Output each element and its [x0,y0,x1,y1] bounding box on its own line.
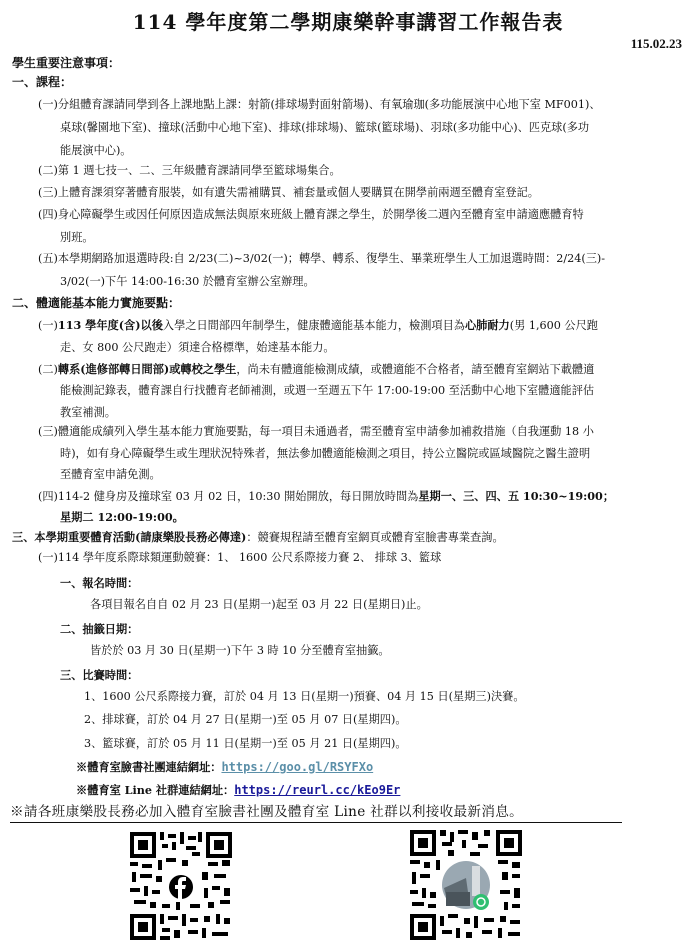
fitness-item-1-bold-cardio: 心肺耐力 [465,318,510,332]
fitness-item-3-line-2: 時)，如有身心障礙學生或生理狀況特殊者，無法參加體適能檢測之項目，持公立醫院或區… [60,447,590,461]
notice-heading: 學生重要注意事項： [12,56,120,70]
match-schedule-title: 三、比賽時間： [60,668,138,682]
document-date: 115.02.23 [631,36,682,52]
qr-code-pattern [128,830,234,942]
facebook-link-label: ※體育室臉書社團連結網址： [76,760,221,774]
fitness-item-1-text-2: (男 1,600 公尺跑 [510,319,598,332]
draw-title: 二、抽籤日期： [60,622,138,636]
line-link-label: ※體育室 Line 社群連結網址： [76,783,234,797]
fitness-item-1-prefix: (一) [38,319,58,332]
section-fitness-title: 二、體適能基本能力實施要點： [12,296,180,310]
section-courses-title: 一、課程： [12,75,72,89]
fitness-item-1-line-2: 走、女 800 公尺跑走）須達合格標準，始達基本能力。 [60,341,335,355]
competition-item: (一)114 學年度系際球類運動競賽：1、 1600 公尺系際接力賽 2、 排球… [38,551,441,565]
section-activities-title: 三、本學期重要體育活動(請康樂股長務必傳達)：競賽規程請至體育室網頁或體育室臉書… [12,530,504,545]
match-basketball: 3、籃球賽，訂於 05 月 11 日(星期一)至 05 月 21 日(星期四)。 [84,737,407,751]
course-item-4-line-2: 別班。 [60,231,94,245]
course-item-2: (二)第 1 週七技一、二、三年級體育課請同學至籃球場集合。 [38,164,341,178]
match-relay: 1、1600 公尺系際接力賽，訂於 04 月 13 日(星期一)預賽、04 月 … [84,690,525,704]
fitness-item-3-line-1: (三)體適能成績列入學生基本能力實施要點，每一項目未通過者，需至體育室申請參加補… [38,425,594,439]
course-item-3: (三)上體育課須穿著體育服裝，如有遺失需補購買、補套量或個人要購買在開學前兩週至… [38,186,539,200]
fitness-item-1-text: 入學之日間部四年制學生，健康體適能基本能力，檢測項目為 [163,319,465,332]
match-volleyball: 2、排球賽，訂於 04 月 27 日(星期一)至 05 月 07 日(星期四)。 [84,713,407,727]
fitness-item-2-prefix: (二) [38,363,58,376]
course-item-1-line-1: (一)分組體育課請同學到各上課地點上課：射箭(排球場對面射箭場)、有氧瑜珈(多功… [38,98,601,112]
registration-title: 一、報名時間： [60,576,138,590]
fitness-item-1-line-1: (一)113 學年度(含)以後入學之日間部四年制學生，健康體適能基本能力，檢測項… [38,318,598,333]
facebook-group-link[interactable]: https://goo.gl/RSYFXo [221,760,373,774]
section-activities-title-bold: 三、本學期重要體育活動(請康樂股長務必傳達) [12,530,246,544]
line-community-qr[interactable] [408,828,524,942]
course-item-1-line-3: 能展演中心)。 [60,144,132,158]
fitness-item-1-bold-cohort: 113 學年度(含)以後 [58,318,163,332]
gym-hours-tuesday: 星期二 12:00-19:00。 [60,510,184,524]
fitness-item-3-line-3: 至體育室申請免測。 [60,468,161,482]
fitness-item-4-line-1: (四)114-2 健身房及撞球室 03 月 02 日，10:30 開始開放，每日… [38,489,614,504]
gym-hours-weekdays: 星期一、三、四、五 10:30~19:00； [418,489,614,503]
document-title: 114 學年度第二學期康樂幹事講習工作報告表 [0,6,696,35]
draw-body: 皆於於 03 月 30 日(星期一)下午 3 時 10 分至體育室抽籤。 [90,644,390,658]
section-activities-title-rest: ：競賽規程請至體育室網頁或體育室臉書專業查詢。 [246,531,503,544]
course-item-5-line-2: 3/02(一)下午 14:00-16:30 於體育室辦公室辦理。 [60,275,315,289]
fitness-item-2-bold: 轉系(進修部轉日間部)或轉校之學生 [58,362,236,376]
line-icon [473,894,489,910]
line-community-link[interactable]: https://reurl.cc/kEo9Er [234,783,400,797]
facebook-group-qr[interactable] [128,830,234,942]
fitness-item-2-line-3: 教室補測。 [60,406,116,420]
footer-notice: ※請各班康樂股長務必加入體育室臉書社團及體育室 Line 社群以利接收最新消息。 [10,800,622,823]
fitness-item-2-line-2: 能檢測記錄表，體育課自行找體育老師補測，或週一至週五下午 17:00-19:00… [60,384,594,398]
gym-hours-text: (四)114-2 健身房及撞球室 03 月 02 日，10:30 開始開放，每日… [38,490,418,503]
fitness-item-2-text: ，尚未有體適能檢測成績，或體適能不合格者，請至體育室網站下載體適 [236,363,594,376]
fitness-item-2-line-1: (二)轉系(進修部轉日間部)或轉校之學生，尚未有體適能檢測成績，或體適能不合格者… [38,362,594,377]
course-item-1-line-2: 桌球(馨園地下室)、撞球(活動中心地下室)、排球(排球場)、籃球(籃球場)、羽球… [60,121,589,135]
course-item-5-line-1: (五)本學期網路加退選時段:自 2/23(二)~3/02(一)；轉學、轉系、復學… [38,252,605,266]
course-item-4-line-1: (四)身心障礙學生或因任何原因造成無法與原來班級上體育課之學生，於開學後二週內至… [38,208,584,222]
qr-code-pattern [408,828,524,942]
registration-body: 各項目報名自自 02 月 23 日(星期一)起至 03 月 22 日(星期日)止… [90,598,428,612]
line-link-row: ※體育室 Line 社群連結網址：https://reurl.cc/kEo9Er [76,783,400,797]
facebook-link-row: ※體育室臉書社團連結網址：https://goo.gl/RSYFXo [76,760,373,774]
